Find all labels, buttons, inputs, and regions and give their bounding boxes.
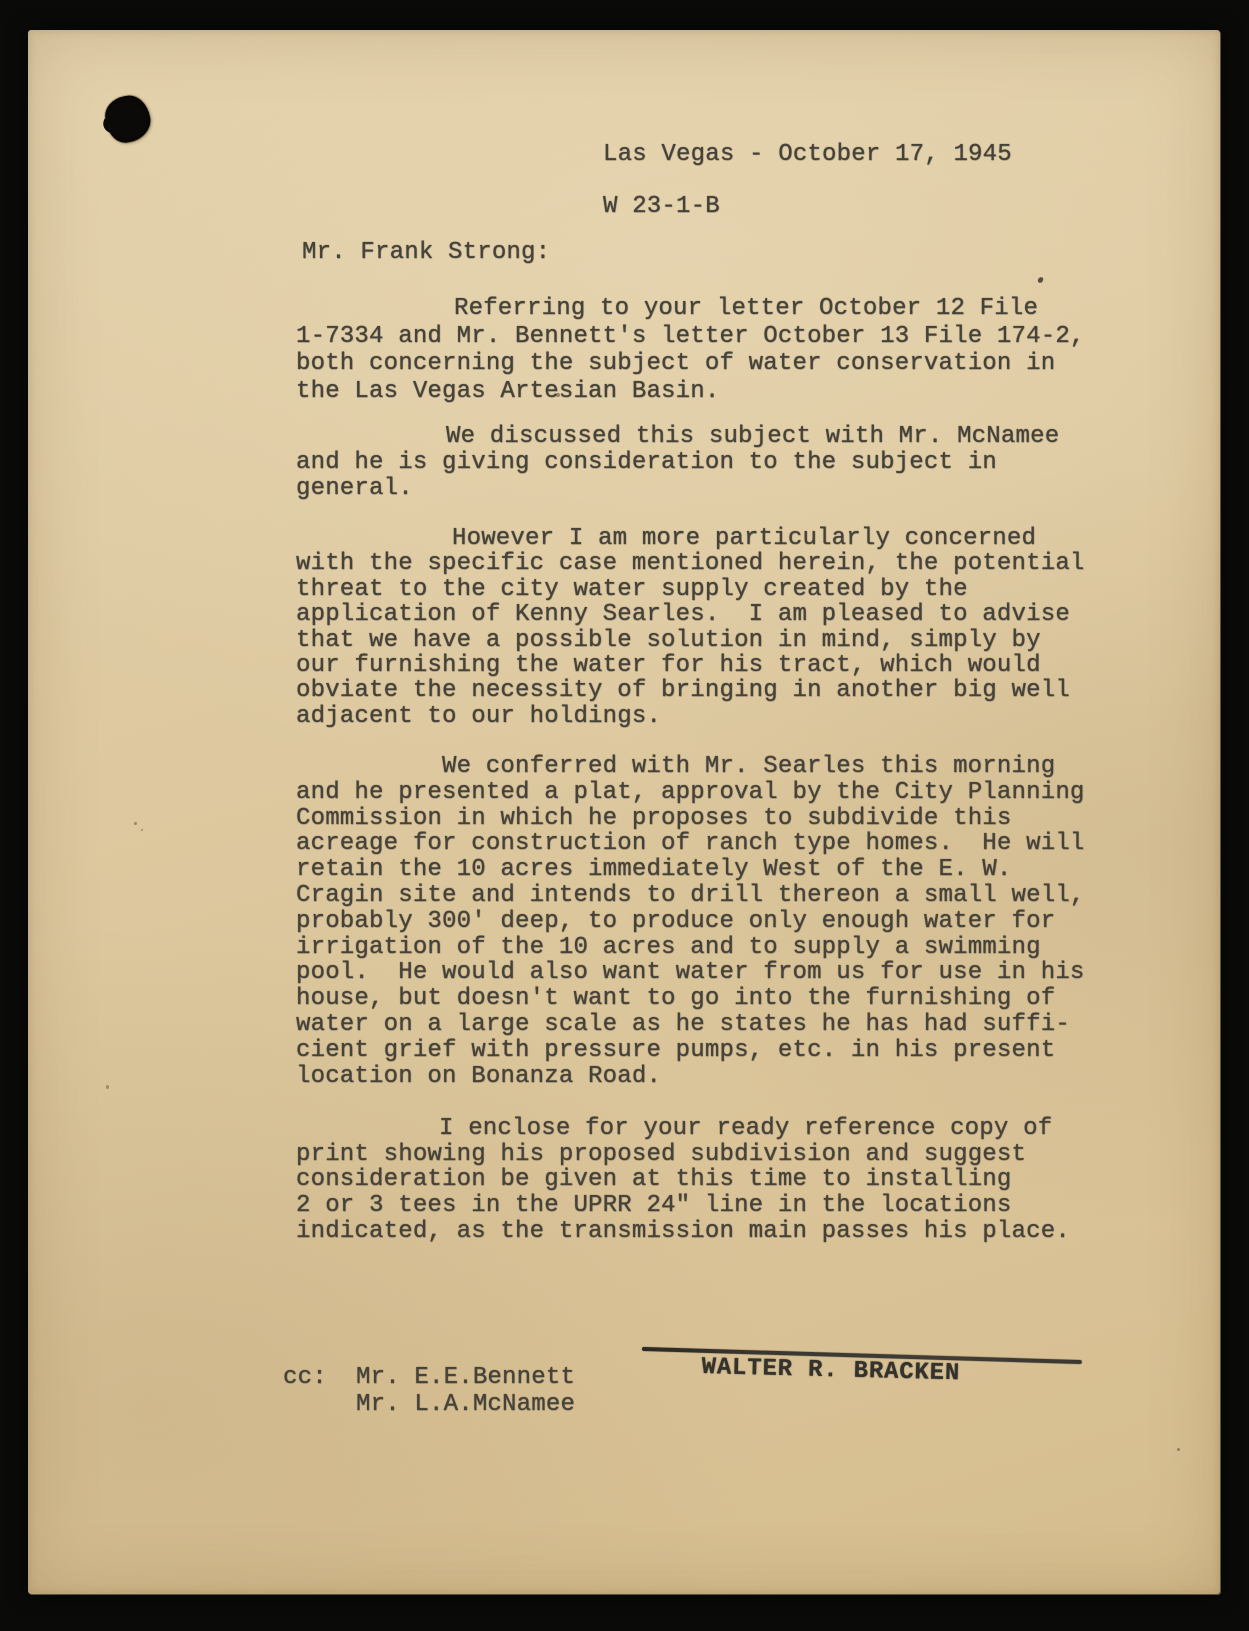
paragraph-concern: However I am more particularly concerned… (296, 526, 1085, 729)
paragraph-referring: Referring to your letter October 12 File… (296, 295, 1085, 405)
ink-speck (134, 822, 137, 825)
date-line: Las Vegas - October 17, 1945 (603, 141, 1012, 168)
file-reference: W 23-1-B (603, 193, 720, 220)
letter-page: Las Vegas - October 17, 1945 W 23-1-B Mr… (28, 30, 1220, 1594)
paragraph-enclosure: I enclose for your ready reference copy … (296, 1116, 1070, 1245)
scan-backdrop: Las Vegas - October 17, 1945 W 23-1-B Mr… (0, 0, 1249, 1631)
cc-block: cc: Mr. E.E.Bennett Mr. L.A.McNamee (283, 1364, 575, 1418)
salutation: Mr. Frank Strong: (302, 239, 550, 266)
ink-speck (106, 1085, 109, 1089)
hole-punch (106, 96, 150, 142)
signature-name: WALTER R. BRACKEN (701, 1354, 960, 1387)
paragraph-conference: We conferred with Mr. Searles this morni… (296, 754, 1085, 1089)
ink-speck (1037, 276, 1044, 283)
ink-speck (1177, 1448, 1180, 1451)
paragraph-discussed: We discussed this subject with Mr. McNam… (296, 424, 1059, 502)
ink-speck (556, 393, 560, 397)
ink-speck (141, 829, 143, 831)
